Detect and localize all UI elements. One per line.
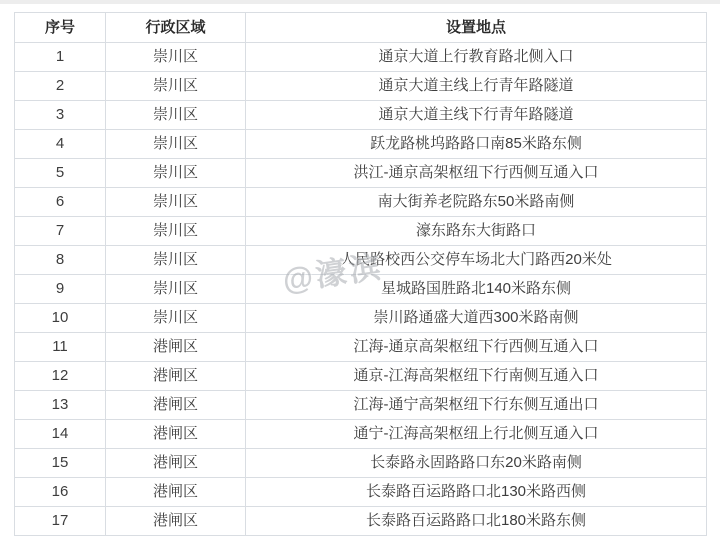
table-row: 15 港闸区 长泰路永固路路口东20米路南侧 <box>15 449 707 478</box>
header-row: 序号 行政区域 设置地点 <box>15 13 707 43</box>
cell-district: 港闸区 <box>106 449 246 478</box>
table-row: 12 港闸区 通京-江海高架枢纽下行南侧互通入口 <box>15 362 707 391</box>
cell-district: 崇川区 <box>106 159 246 188</box>
cell-district: 崇川区 <box>106 101 246 130</box>
cell-serial-number: 12 <box>15 362 106 391</box>
cell-location: 跃龙路桃坞路路口南85米路东侧 <box>246 130 707 159</box>
table-row: 10 崇川区 崇川路通盛大道西300米路南侧 <box>15 304 707 333</box>
cell-location: 长泰路百运路路口北130米路西侧 <box>246 478 707 507</box>
table-row: 16 港闸区 长泰路百运路路口北130米路西侧 <box>15 478 707 507</box>
cell-district: 崇川区 <box>106 275 246 304</box>
table-row: 17 港闸区 长泰路百运路路口北180米路东侧 <box>15 507 707 536</box>
header-cell-location: 设置地点 <box>246 13 707 43</box>
table-row: 9 崇川区 星城路国胜路北140米路东侧 <box>15 275 707 304</box>
cell-location: 长泰路百运路路口北180米路东侧 <box>246 507 707 536</box>
cell-district: 港闸区 <box>106 478 246 507</box>
cell-district: 崇川区 <box>106 217 246 246</box>
cell-location: 长泰路永固路路口东20米路南侧 <box>246 449 707 478</box>
cell-serial-number: 3 <box>15 101 106 130</box>
table-row: 13 港闸区 江海-通宁高架枢纽下行东侧互通出口 <box>15 391 707 420</box>
cell-location: 通宁-江海高架枢纽上行北侧互通入口 <box>246 420 707 449</box>
cell-location: 崇川路通盛大道西300米路南侧 <box>246 304 707 333</box>
cell-location: 江海-通京高架枢纽下行西侧互通入口 <box>246 333 707 362</box>
cell-serial-number: 5 <box>15 159 106 188</box>
cell-serial-number: 1 <box>15 43 106 72</box>
cell-serial-number: 11 <box>15 333 106 362</box>
table-row: 6 崇川区 南大街养老院路东50米路南侧 <box>15 188 707 217</box>
table-header: 序号 行政区域 设置地点 <box>15 13 707 43</box>
cell-serial-number: 17 <box>15 507 106 536</box>
cell-district: 崇川区 <box>106 72 246 101</box>
cell-location: 濠东路东大街路口 <box>246 217 707 246</box>
table-row: 8 崇川区 人民路校西公交停车场北大门路西20米处 <box>15 246 707 275</box>
cell-location: 南大街养老院路东50米路南侧 <box>246 188 707 217</box>
table-row: 14 港闸区 通宁-江海高架枢纽上行北侧互通入口 <box>15 420 707 449</box>
cell-district: 崇川区 <box>106 130 246 159</box>
table-body: 1 崇川区 通京大道上行教育路北侧入口 2 崇川区 通京大道主线上行青年路隧道 … <box>15 43 707 536</box>
cell-location: 通京大道主线下行青年路隧道 <box>246 101 707 130</box>
table-row: 2 崇川区 通京大道主线上行青年路隧道 <box>15 72 707 101</box>
cell-serial-number: 2 <box>15 72 106 101</box>
cell-location: 人民路校西公交停车场北大门路西20米处 <box>246 246 707 275</box>
header-cell-serial-number: 序号 <box>15 13 106 43</box>
cell-district: 崇川区 <box>106 246 246 275</box>
cell-serial-number: 7 <box>15 217 106 246</box>
cell-location: 通京大道主线上行青年路隧道 <box>246 72 707 101</box>
cell-serial-number: 16 <box>15 478 106 507</box>
header-cell-district: 行政区域 <box>106 13 246 43</box>
cell-district: 港闸区 <box>106 362 246 391</box>
cell-serial-number: 6 <box>15 188 106 217</box>
cell-serial-number: 9 <box>15 275 106 304</box>
table-row: 7 崇川区 濠东路东大街路口 <box>15 217 707 246</box>
cell-district: 港闸区 <box>106 420 246 449</box>
cell-district: 港闸区 <box>106 507 246 536</box>
cell-location: 通京-江海高架枢纽下行南侧互通入口 <box>246 362 707 391</box>
cell-serial-number: 15 <box>15 449 106 478</box>
cell-location: 通京大道上行教育路北侧入口 <box>246 43 707 72</box>
cell-district: 崇川区 <box>106 188 246 217</box>
cell-district: 崇川区 <box>106 304 246 333</box>
cell-location: 星城路国胜路北140米路东侧 <box>246 275 707 304</box>
table-row: 4 崇川区 跃龙路桃坞路路口南85米路东侧 <box>15 130 707 159</box>
cell-serial-number: 8 <box>15 246 106 275</box>
cell-location: 洪江-通京高架枢纽下行西侧互通入口 <box>246 159 707 188</box>
page-top-edge <box>0 0 720 4</box>
cell-district: 崇川区 <box>106 43 246 72</box>
cell-district: 港闸区 <box>106 333 246 362</box>
cell-serial-number: 14 <box>15 420 106 449</box>
table-row: 1 崇川区 通京大道上行教育路北侧入口 <box>15 43 707 72</box>
cell-serial-number: 4 <box>15 130 106 159</box>
locations-table-container: 序号 行政区域 设置地点 1 崇川区 通京大道上行教育路北侧入口 2 崇川区 通… <box>14 12 707 536</box>
cell-location: 江海-通宁高架枢纽下行东侧互通出口 <box>246 391 707 420</box>
cell-serial-number: 13 <box>15 391 106 420</box>
camera-locations-table: 序号 行政区域 设置地点 1 崇川区 通京大道上行教育路北侧入口 2 崇川区 通… <box>14 12 707 536</box>
table-row: 5 崇川区 洪江-通京高架枢纽下行西侧互通入口 <box>15 159 707 188</box>
cell-district: 港闸区 <box>106 391 246 420</box>
cell-serial-number: 10 <box>15 304 106 333</box>
table-row: 3 崇川区 通京大道主线下行青年路隧道 <box>15 101 707 130</box>
table-row: 11 港闸区 江海-通京高架枢纽下行西侧互通入口 <box>15 333 707 362</box>
